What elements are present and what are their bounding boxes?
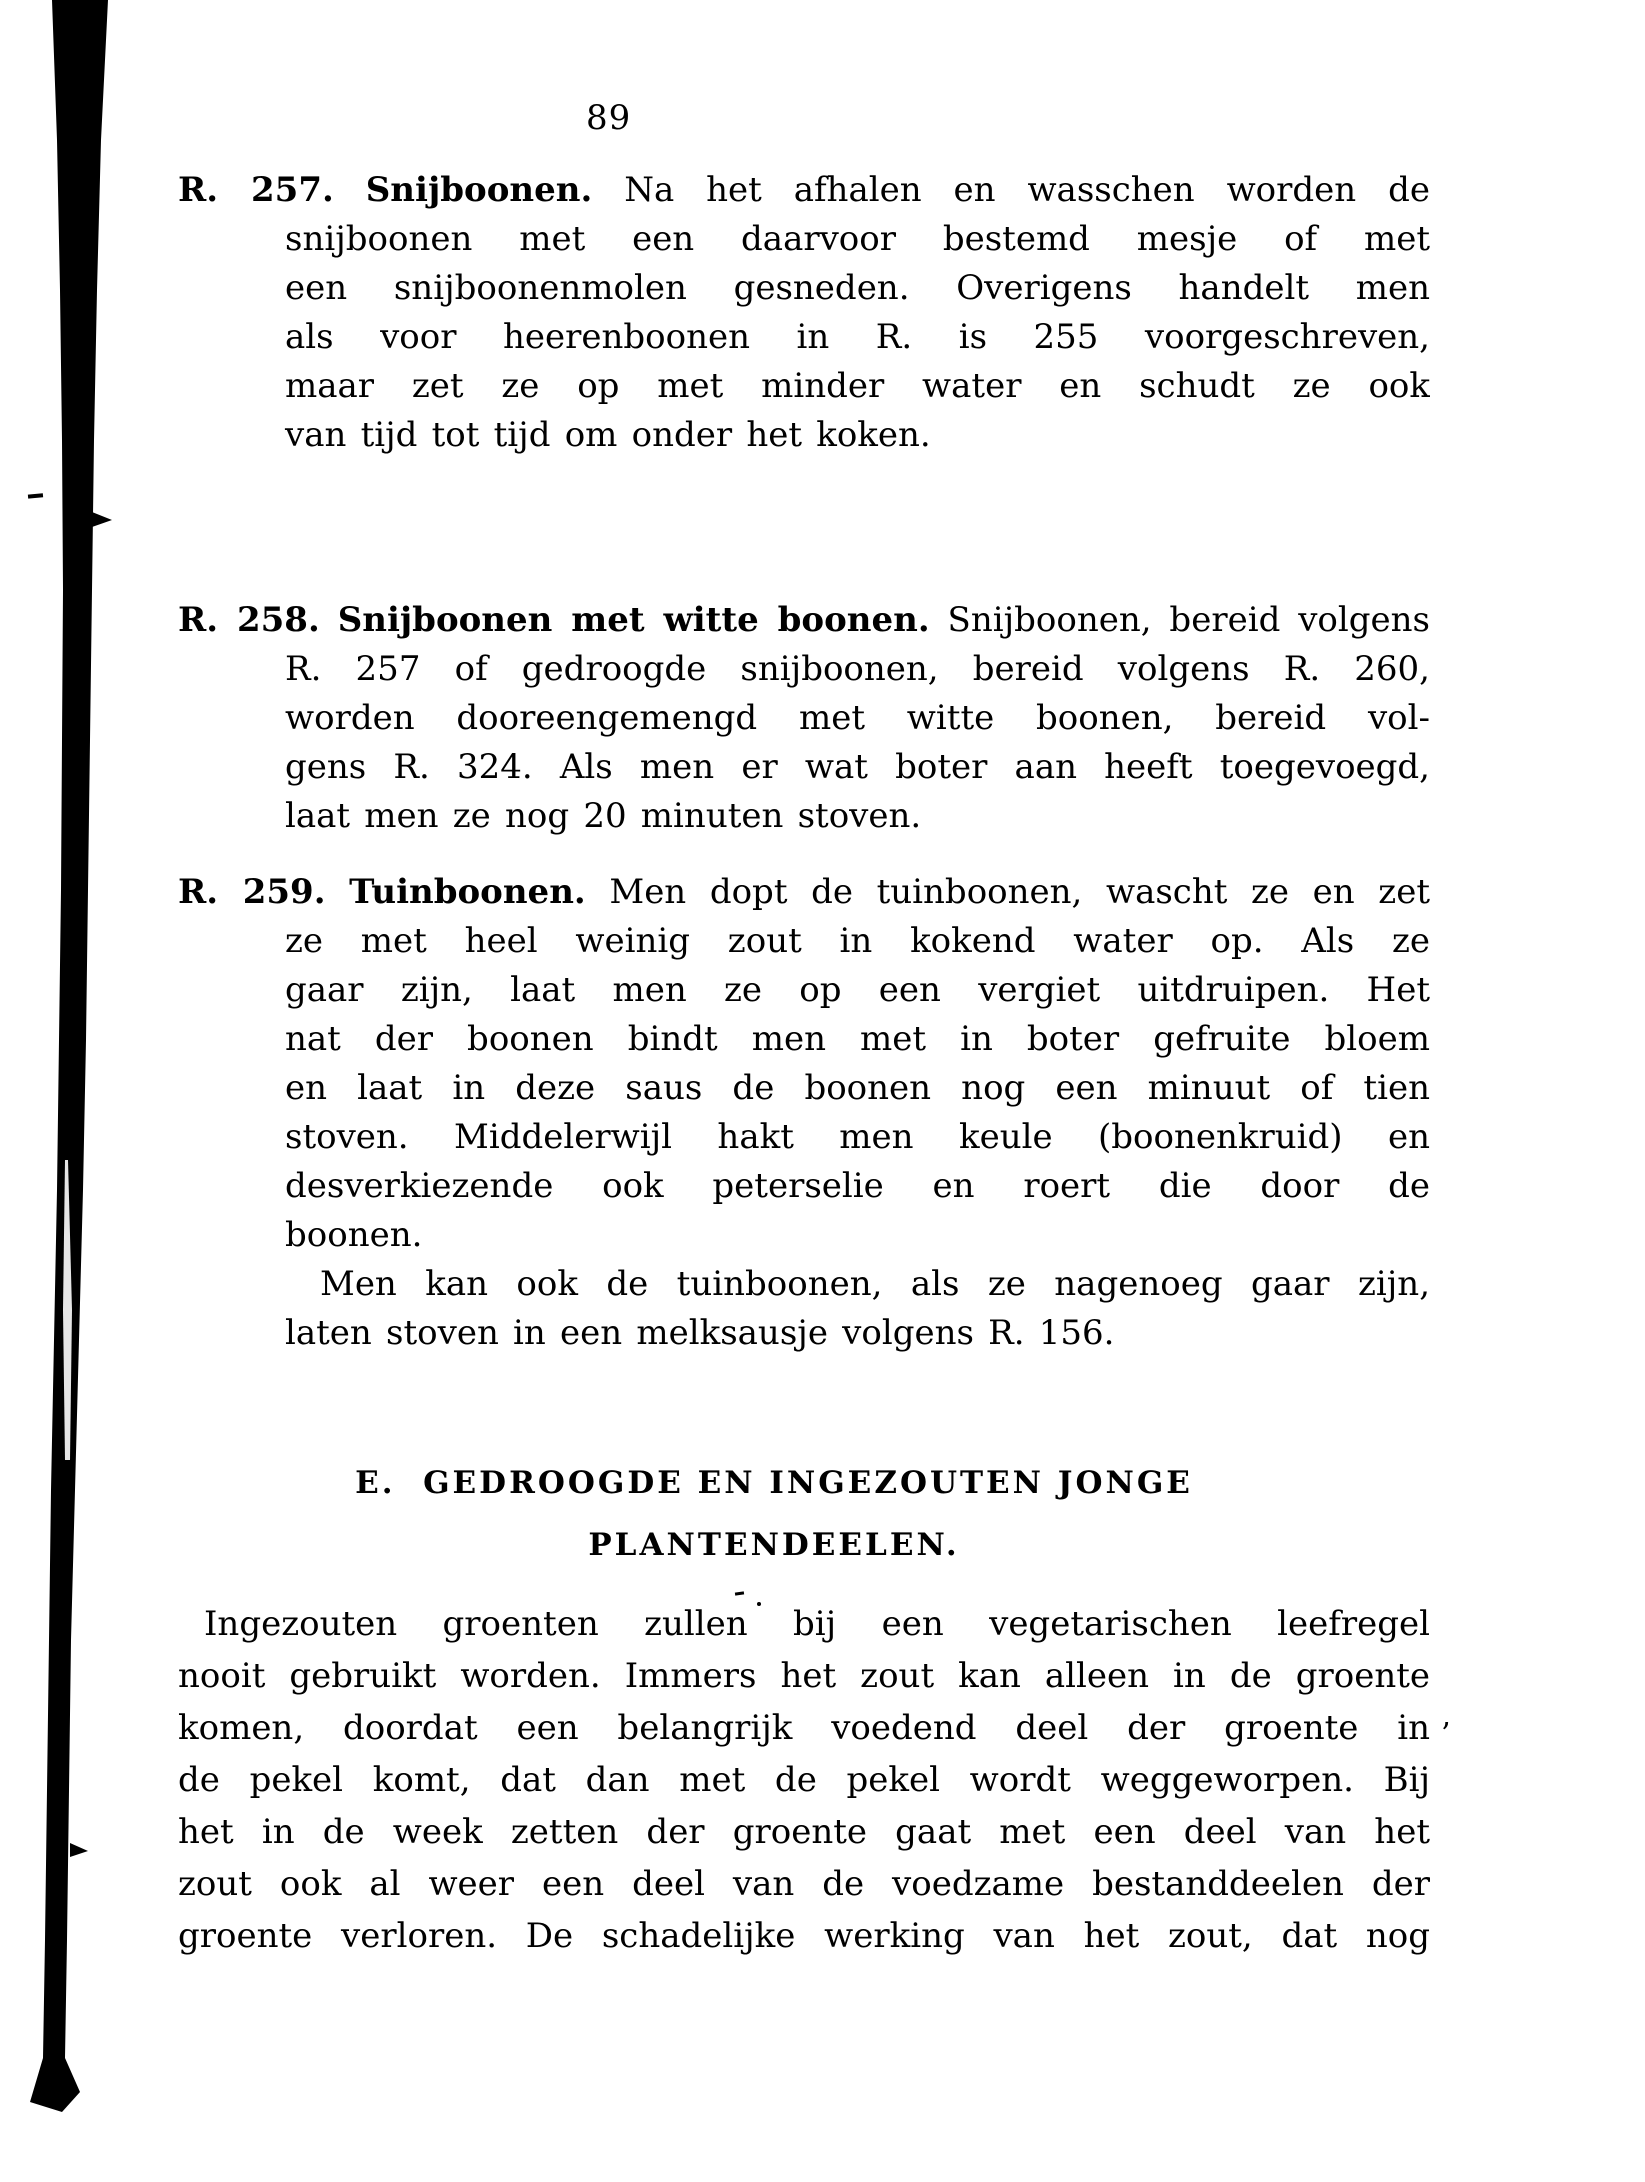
- recipe-number: R. 258.: [178, 600, 320, 640]
- recipe-text: Men dopt de tuinboonen, wascht ze en zet: [609, 872, 1430, 912]
- recipe-paragraph-257: R. 257. Snijboonen. Na het afhalen en wa…: [178, 166, 1430, 460]
- intro-paragraph: Ingezouten groenten zullen bij een veget…: [178, 1598, 1430, 1962]
- scan-binding-bar: [0, 0, 130, 2182]
- recipe-title: Snijboonen.: [366, 170, 593, 210]
- recipe-text-line: als voor heerenboonen in R. is 255 voorg…: [285, 313, 1430, 362]
- recipe-text-line: ze met heel weinig zout in kokend water …: [285, 917, 1430, 966]
- recipe-text-line: nat der boonen bindt men met in boter ge…: [285, 1015, 1430, 1064]
- recipe-first-line: R. 259. Tuinboonen. Men dopt de tuinboon…: [178, 868, 1430, 917]
- intro-line: groente verloren. De schadelijke werking…: [178, 1910, 1430, 1962]
- recipe-title: Snijboonen met witte boonen.: [338, 600, 930, 640]
- recipe-first-line: R. 258. Snijboonen met witte boonen. Sni…: [178, 596, 1430, 645]
- intro-line: de pekel komt, dat dan met de pekel word…: [178, 1754, 1430, 1806]
- recipe-text-line: maar zet ze op met minder water en schud…: [285, 362, 1430, 411]
- intro-line: komen, doordat een belangrijk voedend de…: [178, 1702, 1430, 1754]
- recipe-text: Snijboonen, bereid volgens: [948, 600, 1430, 640]
- recipe-text-line: gens R. 324. Als men er wat boter aan he…: [285, 743, 1430, 792]
- ink-speck-artifact: [757, 1602, 761, 1606]
- recipe-paragraph-259: R. 259. Tuinboonen. Men dopt de tuinboon…: [178, 868, 1430, 1358]
- recipe-text-line: laat men ze nog 20 minuten stoven.: [285, 792, 1430, 841]
- recipe-text-line: snijboonen met een daarvoor bestemd mesj…: [285, 215, 1430, 264]
- recipe-number: R. 259.: [178, 872, 326, 912]
- recipe-subparagraph-line: Men kan ook de tuinboonen, als ze nageno…: [320, 1260, 1430, 1309]
- scanned-book-page: 89 R. 257. Snijboonen. Na het afhalen en…: [0, 0, 1645, 2182]
- section-heading-line2: PLANTENDEELEN.: [148, 1514, 1400, 1576]
- intro-line: Ingezouten groenten zullen bij een veget…: [178, 1598, 1430, 1650]
- recipe-text-line: desverkiezende ook peterselie en roert d…: [285, 1162, 1430, 1211]
- intro-line: zout ook al weer een deel van de voedzam…: [178, 1858, 1430, 1910]
- recipe-text-line: van tijd tot tijd om onder het koken.: [285, 411, 1430, 460]
- recipe-text: Na het afhalen en wasschen worden de: [624, 170, 1430, 210]
- intro-line: het in de week zetten der groente gaat m…: [178, 1806, 1430, 1858]
- recipe-text-line: gaar zijn, laat men ze op een vergiet ui…: [285, 966, 1430, 1015]
- section-heading-line1: E. GEDROOGDE EN INGEZOUTEN JONGE: [148, 1452, 1400, 1514]
- recipe-text-line: een snijboonenmolen gesneden. Overigens …: [285, 264, 1430, 313]
- recipe-text-line: boonen.: [285, 1211, 1430, 1260]
- recipe-number: R. 257.: [178, 170, 334, 210]
- recipe-first-line: R. 257. Snijboonen. Na het afhalen en wa…: [178, 166, 1430, 215]
- stray-ink-mark: ’: [1441, 1720, 1451, 1750]
- recipe-text-line: stoven. Middelerwijl hakt men keule (boo…: [285, 1113, 1430, 1162]
- recipe-text-line: R. 257 of gedroogde snijboonen, bereid v…: [285, 645, 1430, 694]
- recipe-paragraph-258: R. 258. Snijboonen met witte boonen. Sni…: [178, 596, 1430, 841]
- ink-speck-artifact: [735, 1591, 744, 1595]
- recipe-text-line: worden dooreengemengd met witte boonen, …: [285, 694, 1430, 743]
- intro-line: nooit gebruikt worden. Immers het zout k…: [178, 1650, 1430, 1702]
- recipe-text-line: en laat in deze saus de boonen nog een m…: [285, 1064, 1430, 1113]
- section-heading: E. GEDROOGDE EN INGEZOUTEN JONGE PLANTEN…: [148, 1452, 1400, 1576]
- recipe-title: Tuinboonen.: [349, 872, 586, 912]
- recipe-subparagraph-line: laten stoven in een melksausje volgens R…: [285, 1309, 1430, 1358]
- page-number: 89: [586, 98, 631, 138]
